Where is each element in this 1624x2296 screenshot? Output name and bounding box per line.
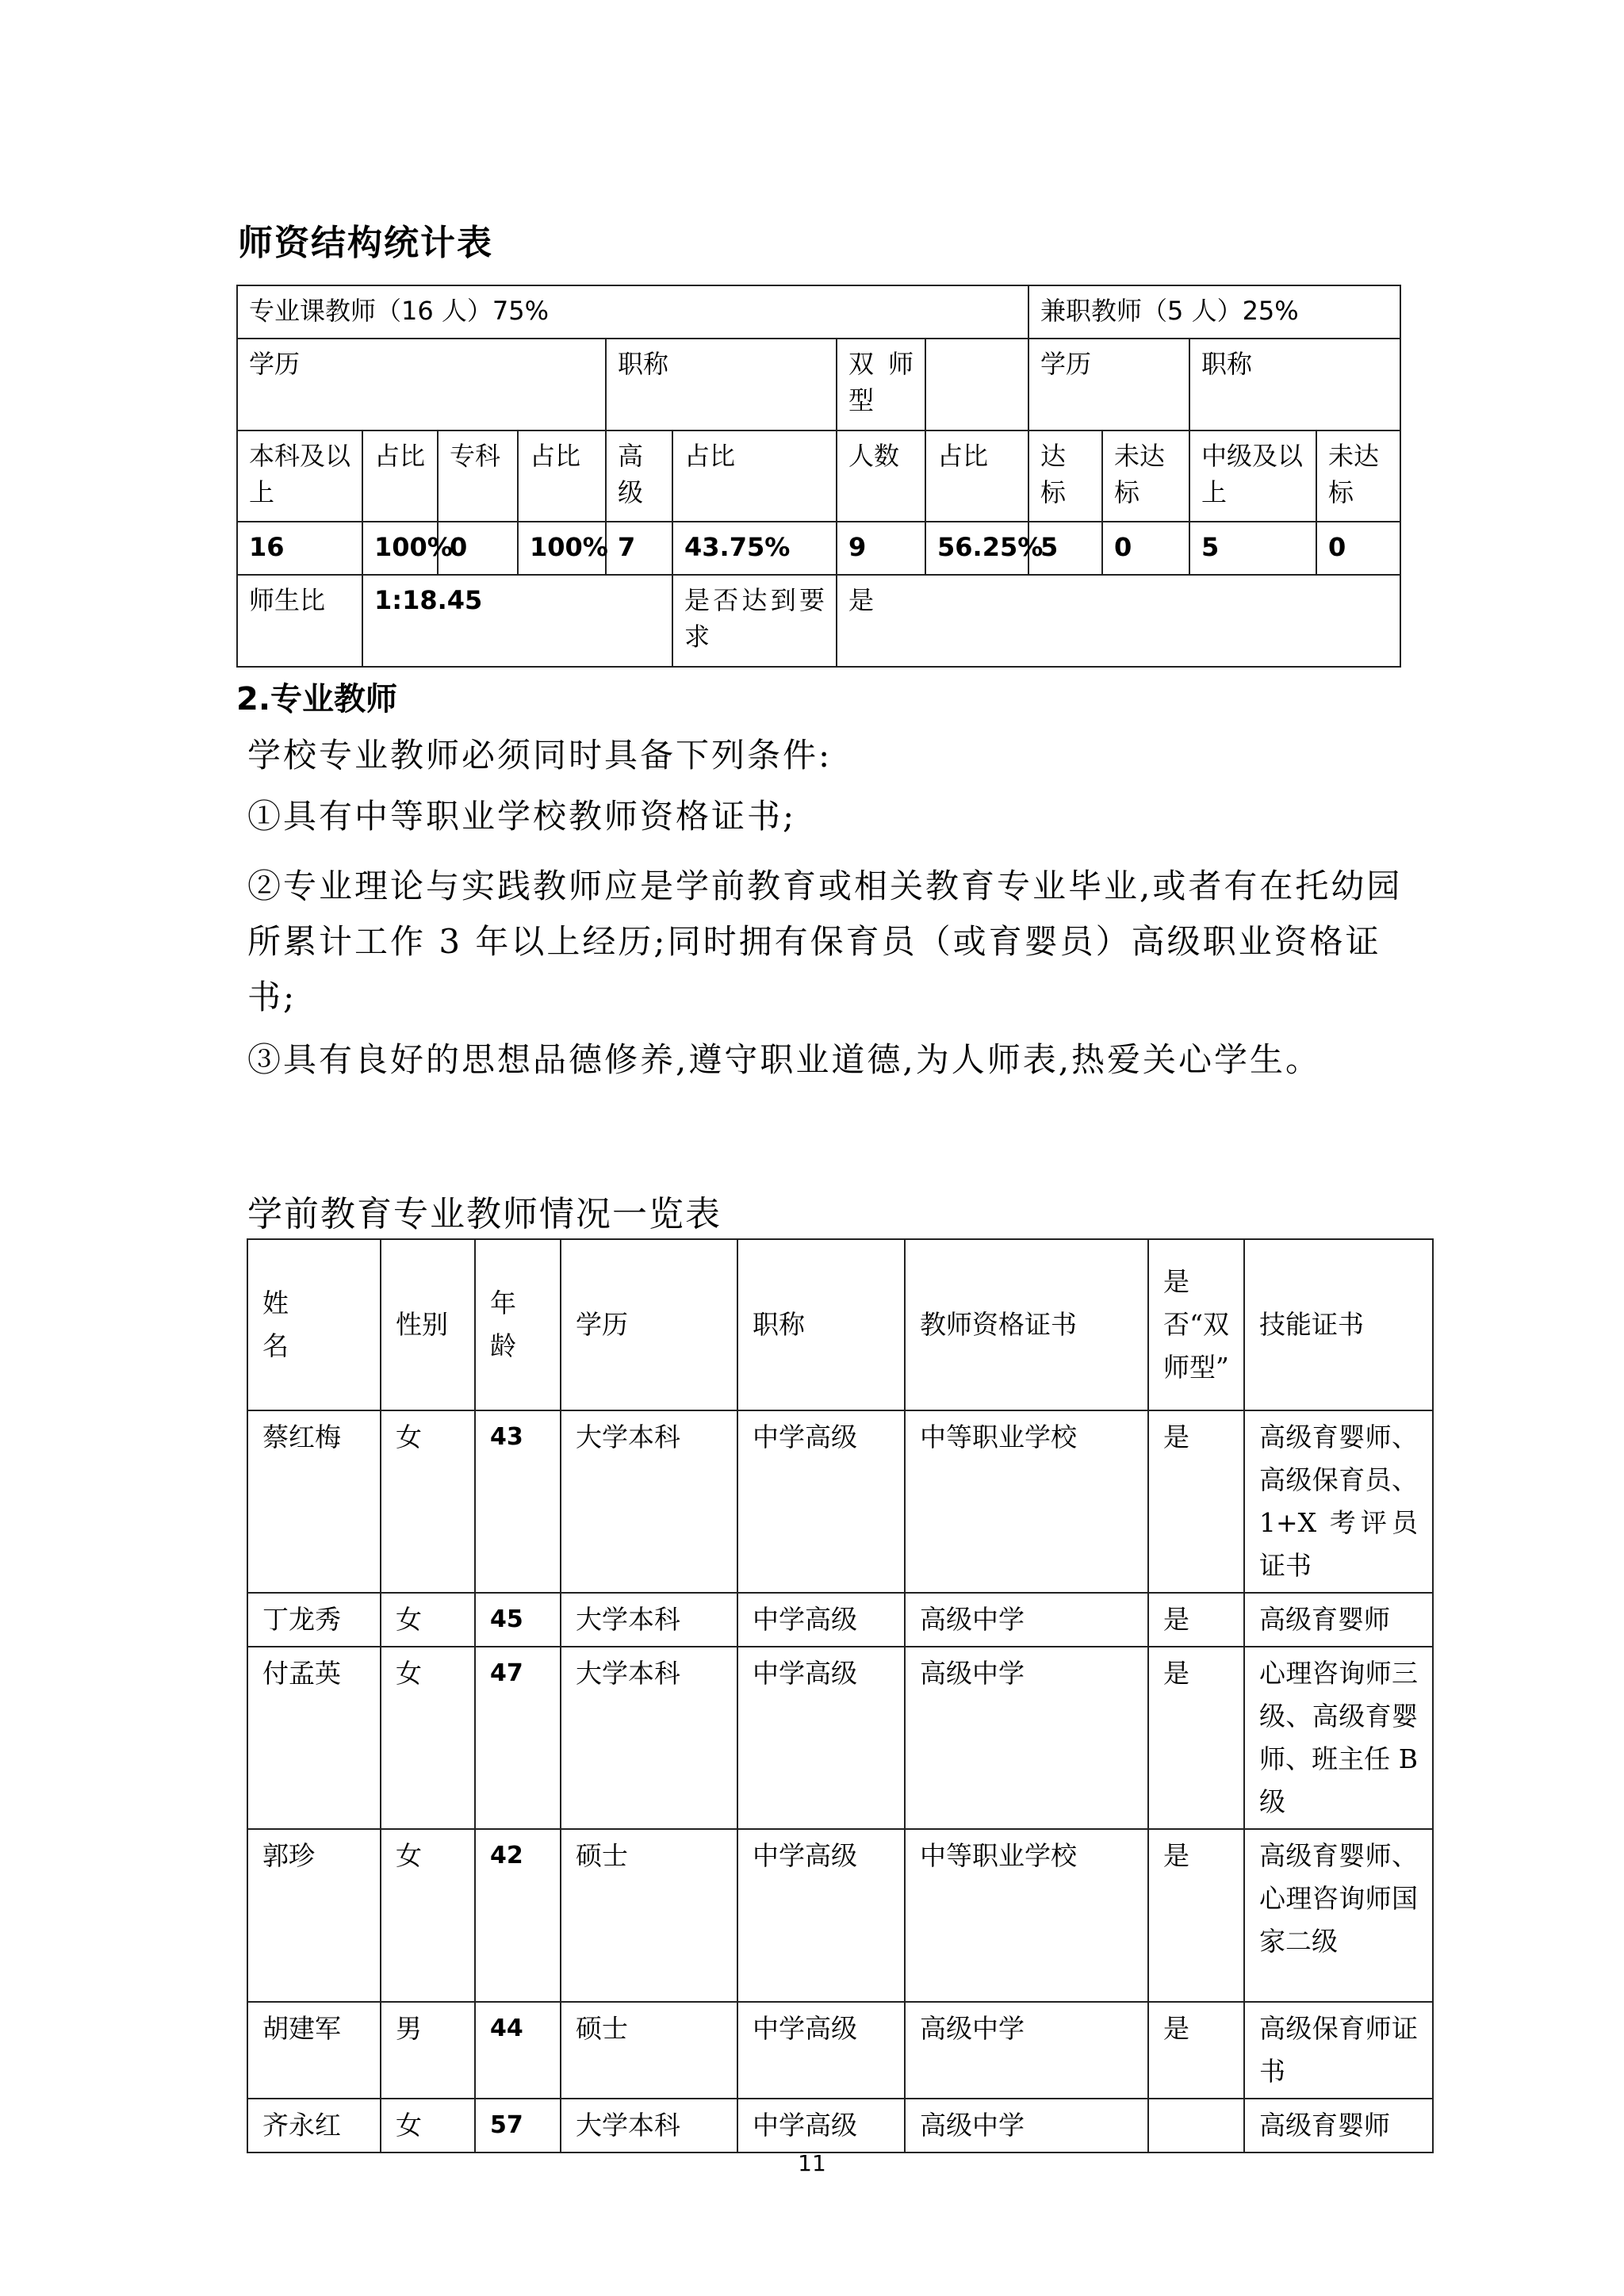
education-group-header: 学历: [237, 339, 606, 430]
cell-dual: 是: [1148, 1593, 1244, 1647]
cell-age: 57: [475, 2099, 561, 2152]
header-age: 年龄: [475, 1239, 561, 1410]
header-title: 职称: [737, 1239, 905, 1410]
values-row: 16 100% 0 100% 7 43.75% 9 56.25% 5 0 5 0: [237, 522, 1400, 575]
cell-age: 43: [475, 1410, 561, 1593]
cell-title: 中学高级: [737, 2099, 905, 2152]
value-cell: 0: [438, 522, 518, 575]
sub-header: 占比: [518, 430, 606, 522]
teacher-table-caption: 学前教育专业教师情况一览表: [247, 1185, 722, 1236]
cell-education: 硕士: [561, 2002, 737, 2099]
table-row: 齐永红 女 57 大学本科 中学高级 高级中学 高级育婴师: [247, 2099, 1433, 2152]
cell-age: 47: [475, 1647, 561, 1829]
header-cert: 教师资格证书: [905, 1239, 1148, 1410]
sub-header: 本科及以上: [237, 430, 362, 522]
value-cell: 5: [1189, 522, 1316, 575]
cell-cert: 高级中学: [905, 1647, 1148, 1829]
meets-requirement-label: 是否达到要求: [672, 575, 837, 667]
cell-name: 郭珍: [247, 1829, 381, 2002]
teacher-structure-table: 专业课教师（16 人）75% 兼职教师（5 人）25% 学历 职称 双师型 学历…: [236, 285, 1401, 668]
cell-education: 大学本科: [561, 2099, 737, 2152]
cell-education: 硕士: [561, 1829, 737, 2002]
table-row: 蔡红梅 女 43 大学本科 中学高级 中等职业学校 是 高级育婴师、高级保育员、…: [247, 1410, 1433, 1593]
sub-header: 占比: [362, 430, 438, 522]
cell-gender: 女: [381, 1647, 475, 1829]
cell-skills: 心理咨询师三级、高级育婴师、班主任 B 级: [1244, 1647, 1433, 1829]
fulltime-header: 专业课教师（16 人）75%: [237, 285, 1028, 339]
cell-skills: 高级育婴师: [1244, 1593, 1433, 1647]
sub-header: 未达标: [1316, 430, 1400, 522]
requirement-item-1: ①具有中等职业学校教师资格证书;: [247, 789, 1405, 844]
ratio-label: 师生比: [237, 575, 362, 667]
sub-header: 专科: [438, 430, 518, 522]
cell-age: 44: [475, 2002, 561, 2099]
value-cell: 43.75%: [672, 522, 837, 575]
requirement-item-3: ③具有良好的思想品德修养,遵守职业道德,为人师表,热爱关心学生。: [247, 1032, 1405, 1088]
cell-name: 丁龙秀: [247, 1593, 381, 1647]
table-row: 丁龙秀 女 45 大学本科 中学高级 高级中学 是 高级育婴师: [247, 1593, 1433, 1647]
cell-name: 齐永红: [247, 2099, 381, 2152]
value-cell: 9: [837, 522, 925, 575]
blank-header: [925, 339, 1028, 430]
sub-header: 高级: [606, 430, 672, 522]
cell-gender: 女: [381, 2099, 475, 2152]
cell-age: 45: [475, 1593, 561, 1647]
value-cell: 0: [1316, 522, 1400, 575]
cell-title: 中学高级: [737, 1410, 905, 1593]
cell-cert: 高级中学: [905, 2002, 1148, 2099]
value-cell: 100%: [518, 522, 606, 575]
sub-header: 占比: [672, 430, 837, 522]
cell-dual: 是: [1148, 1829, 1244, 2002]
requirement-item-2: ②专业理论与实践教师应是学前教育或相关教育专业毕业,或者有在托幼园所累计工作 3…: [247, 859, 1405, 1025]
dual-teacher-group-header: 双师型: [837, 339, 925, 430]
cell-cert: 高级中学: [905, 2099, 1148, 2152]
page-number: 11: [0, 2150, 1624, 2176]
header-skills: 技能证书: [1244, 1239, 1433, 1410]
sub-header: 未达标: [1102, 430, 1189, 522]
sub-header: 人数: [837, 430, 925, 522]
cell-dual: 是: [1148, 1647, 1244, 1829]
section-heading: 2.专业教师: [236, 674, 397, 719]
cell-education: 大学本科: [561, 1410, 737, 1593]
cell-dual: [1148, 2099, 1244, 2152]
cell-education: 大学本科: [561, 1593, 737, 1647]
header-dual: 是否“双师型”: [1148, 1239, 1244, 1410]
sub-header: 中级及以上: [1189, 430, 1316, 522]
cell-title: 中学高级: [737, 1647, 905, 1829]
table-row: 付孟英 女 47 大学本科 中学高级 高级中学 是 心理咨询师三级、高级育婴师、…: [247, 1647, 1433, 1829]
cell-title: 中学高级: [737, 1593, 905, 1647]
cell-cert: 中等职业学校: [905, 1829, 1148, 2002]
cell-name: 蔡红梅: [247, 1410, 381, 1593]
intro-paragraph: 学校专业教师必须同时具备下列条件:: [247, 728, 1405, 783]
header-education: 学历: [561, 1239, 737, 1410]
cell-age: 42: [475, 1829, 561, 2002]
cell-dual: 是: [1148, 2002, 1244, 2099]
value-cell: 56.25%: [925, 522, 1028, 575]
header-row: 姓名 性别 年龄 学历 职称 教师资格证书 是否“双师型” 技能证书: [247, 1239, 1433, 1410]
cell-gender: 男: [381, 2002, 475, 2099]
value-cell: 16: [237, 522, 362, 575]
cell-name: 付孟英: [247, 1647, 381, 1829]
cell-dual: 是: [1148, 1410, 1244, 1593]
meets-requirement-value: 是: [837, 575, 1400, 667]
value-cell: 7: [606, 522, 672, 575]
cell-cert: 高级中学: [905, 1593, 1148, 1647]
parttime-title-header: 职称: [1189, 339, 1400, 430]
cell-title: 中学高级: [737, 1829, 905, 2002]
cell-skills: 高级育婴师、高级保育员、1+X 考评员证书: [1244, 1410, 1433, 1593]
parttime-header: 兼职教师（5 人）25%: [1028, 285, 1400, 339]
table-row: 胡建军 男 44 硕士 中学高级 高级中学 是 高级保育师证书: [247, 2002, 1433, 2099]
sub-header: 达标: [1028, 430, 1102, 522]
value-cell: 100%: [362, 522, 438, 575]
sub-header-row: 本科及以上 占比 专科 占比 高级 占比 人数 占比 达标 未达标 中级及以上 …: [237, 430, 1400, 522]
cell-title: 中学高级: [737, 2002, 905, 2099]
cell-skills: 高级育婴师、心理咨询师国家二级: [1244, 1829, 1433, 2002]
header-gender: 性别: [381, 1239, 475, 1410]
cell-gender: 女: [381, 1593, 475, 1647]
parttime-education-header: 学历: [1028, 339, 1189, 430]
cell-gender: 女: [381, 1829, 475, 2002]
cell-skills: 高级保育师证书: [1244, 2002, 1433, 2099]
structure-table-title: 师资结构统计表: [238, 214, 493, 265]
title-group-header: 职称: [606, 339, 837, 430]
header-name: 姓名: [247, 1239, 381, 1410]
teacher-list-table: 姓名 性别 年龄 学历 职称 教师资格证书 是否“双师型” 技能证书 蔡红梅 女…: [247, 1238, 1434, 2153]
ratio-value: 1:18.45: [362, 575, 672, 667]
cell-name: 胡建军: [247, 2002, 381, 2099]
cell-education: 大学本科: [561, 1647, 737, 1829]
table-row: 郭珍 女 42 硕士 中学高级 中等职业学校 是 高级育婴师、心理咨询师国家二级: [247, 1829, 1433, 2002]
sub-header: 占比: [925, 430, 1028, 522]
value-cell: 0: [1102, 522, 1189, 575]
cell-gender: 女: [381, 1410, 475, 1593]
cell-skills: 高级育婴师: [1244, 2099, 1433, 2152]
cell-cert: 中等职业学校: [905, 1410, 1148, 1593]
